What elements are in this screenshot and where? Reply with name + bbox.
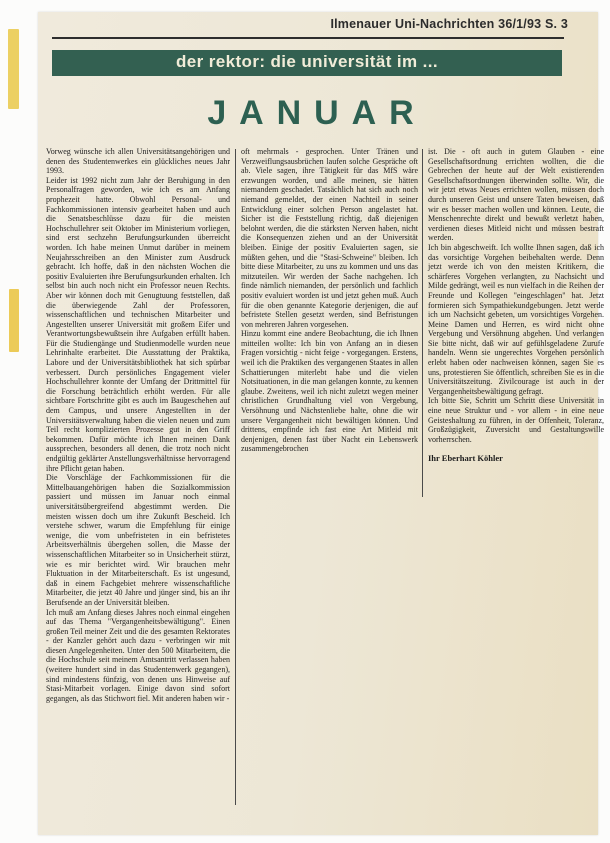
masthead-rule [52, 37, 564, 39]
article-paragraph: ist. Die - oft auch in gutem Glauben - e… [428, 147, 604, 243]
scan-edge-strip [9, 289, 19, 352]
article-column-3: ist. Die - oft auch in gutem Glauben - e… [428, 147, 604, 464]
month-title: JANUAR [38, 94, 583, 133]
article-column-1: Vorweg wünsche ich allen Universitätsang… [46, 147, 230, 703]
section-banner: der rektor: die universität im ... [52, 50, 562, 76]
article-paragraph: Ich muß am Anfang dieses Jahres noch ein… [46, 608, 230, 704]
signature: Ihr Eberhart Köhler [428, 454, 604, 464]
article-paragraph: Ich bitte Sie, Schritt um Schritt diese … [428, 396, 604, 444]
scan-background: Ilmenauer Uni-Nachrichten 36/1/93 S. 3 d… [0, 0, 610, 843]
section-banner-label: der rektor: die universität im ... [176, 52, 438, 74]
article-paragraph: Vorweg wünsche ich allen Universitätsang… [46, 147, 230, 176]
article-paragraph: Die Vorschläge der Fachkommissionen für … [46, 473, 230, 607]
column-divider [235, 149, 236, 805]
article-column-2: oft mehrmals - gesprochen. Unter Tränen … [241, 147, 418, 454]
masthead: Ilmenauer Uni-Nachrichten 36/1/93 S. 3 [330, 17, 568, 31]
article-paragraph: Hinzu kommt eine andere Beobachtung, die… [241, 329, 418, 454]
article-paragraph: Leider ist 1992 nicht zum Jahr der Beruh… [46, 176, 230, 473]
column-divider [422, 149, 423, 497]
article-paragraph: Ich bin abgeschweift. Ich wollte Ihnen s… [428, 243, 604, 397]
scan-edge-strip [8, 29, 19, 109]
newsletter-page: Ilmenauer Uni-Nachrichten 36/1/93 S. 3 d… [38, 12, 598, 835]
article-paragraph: oft mehrmals - gesprochen. Unter Tränen … [241, 147, 418, 329]
